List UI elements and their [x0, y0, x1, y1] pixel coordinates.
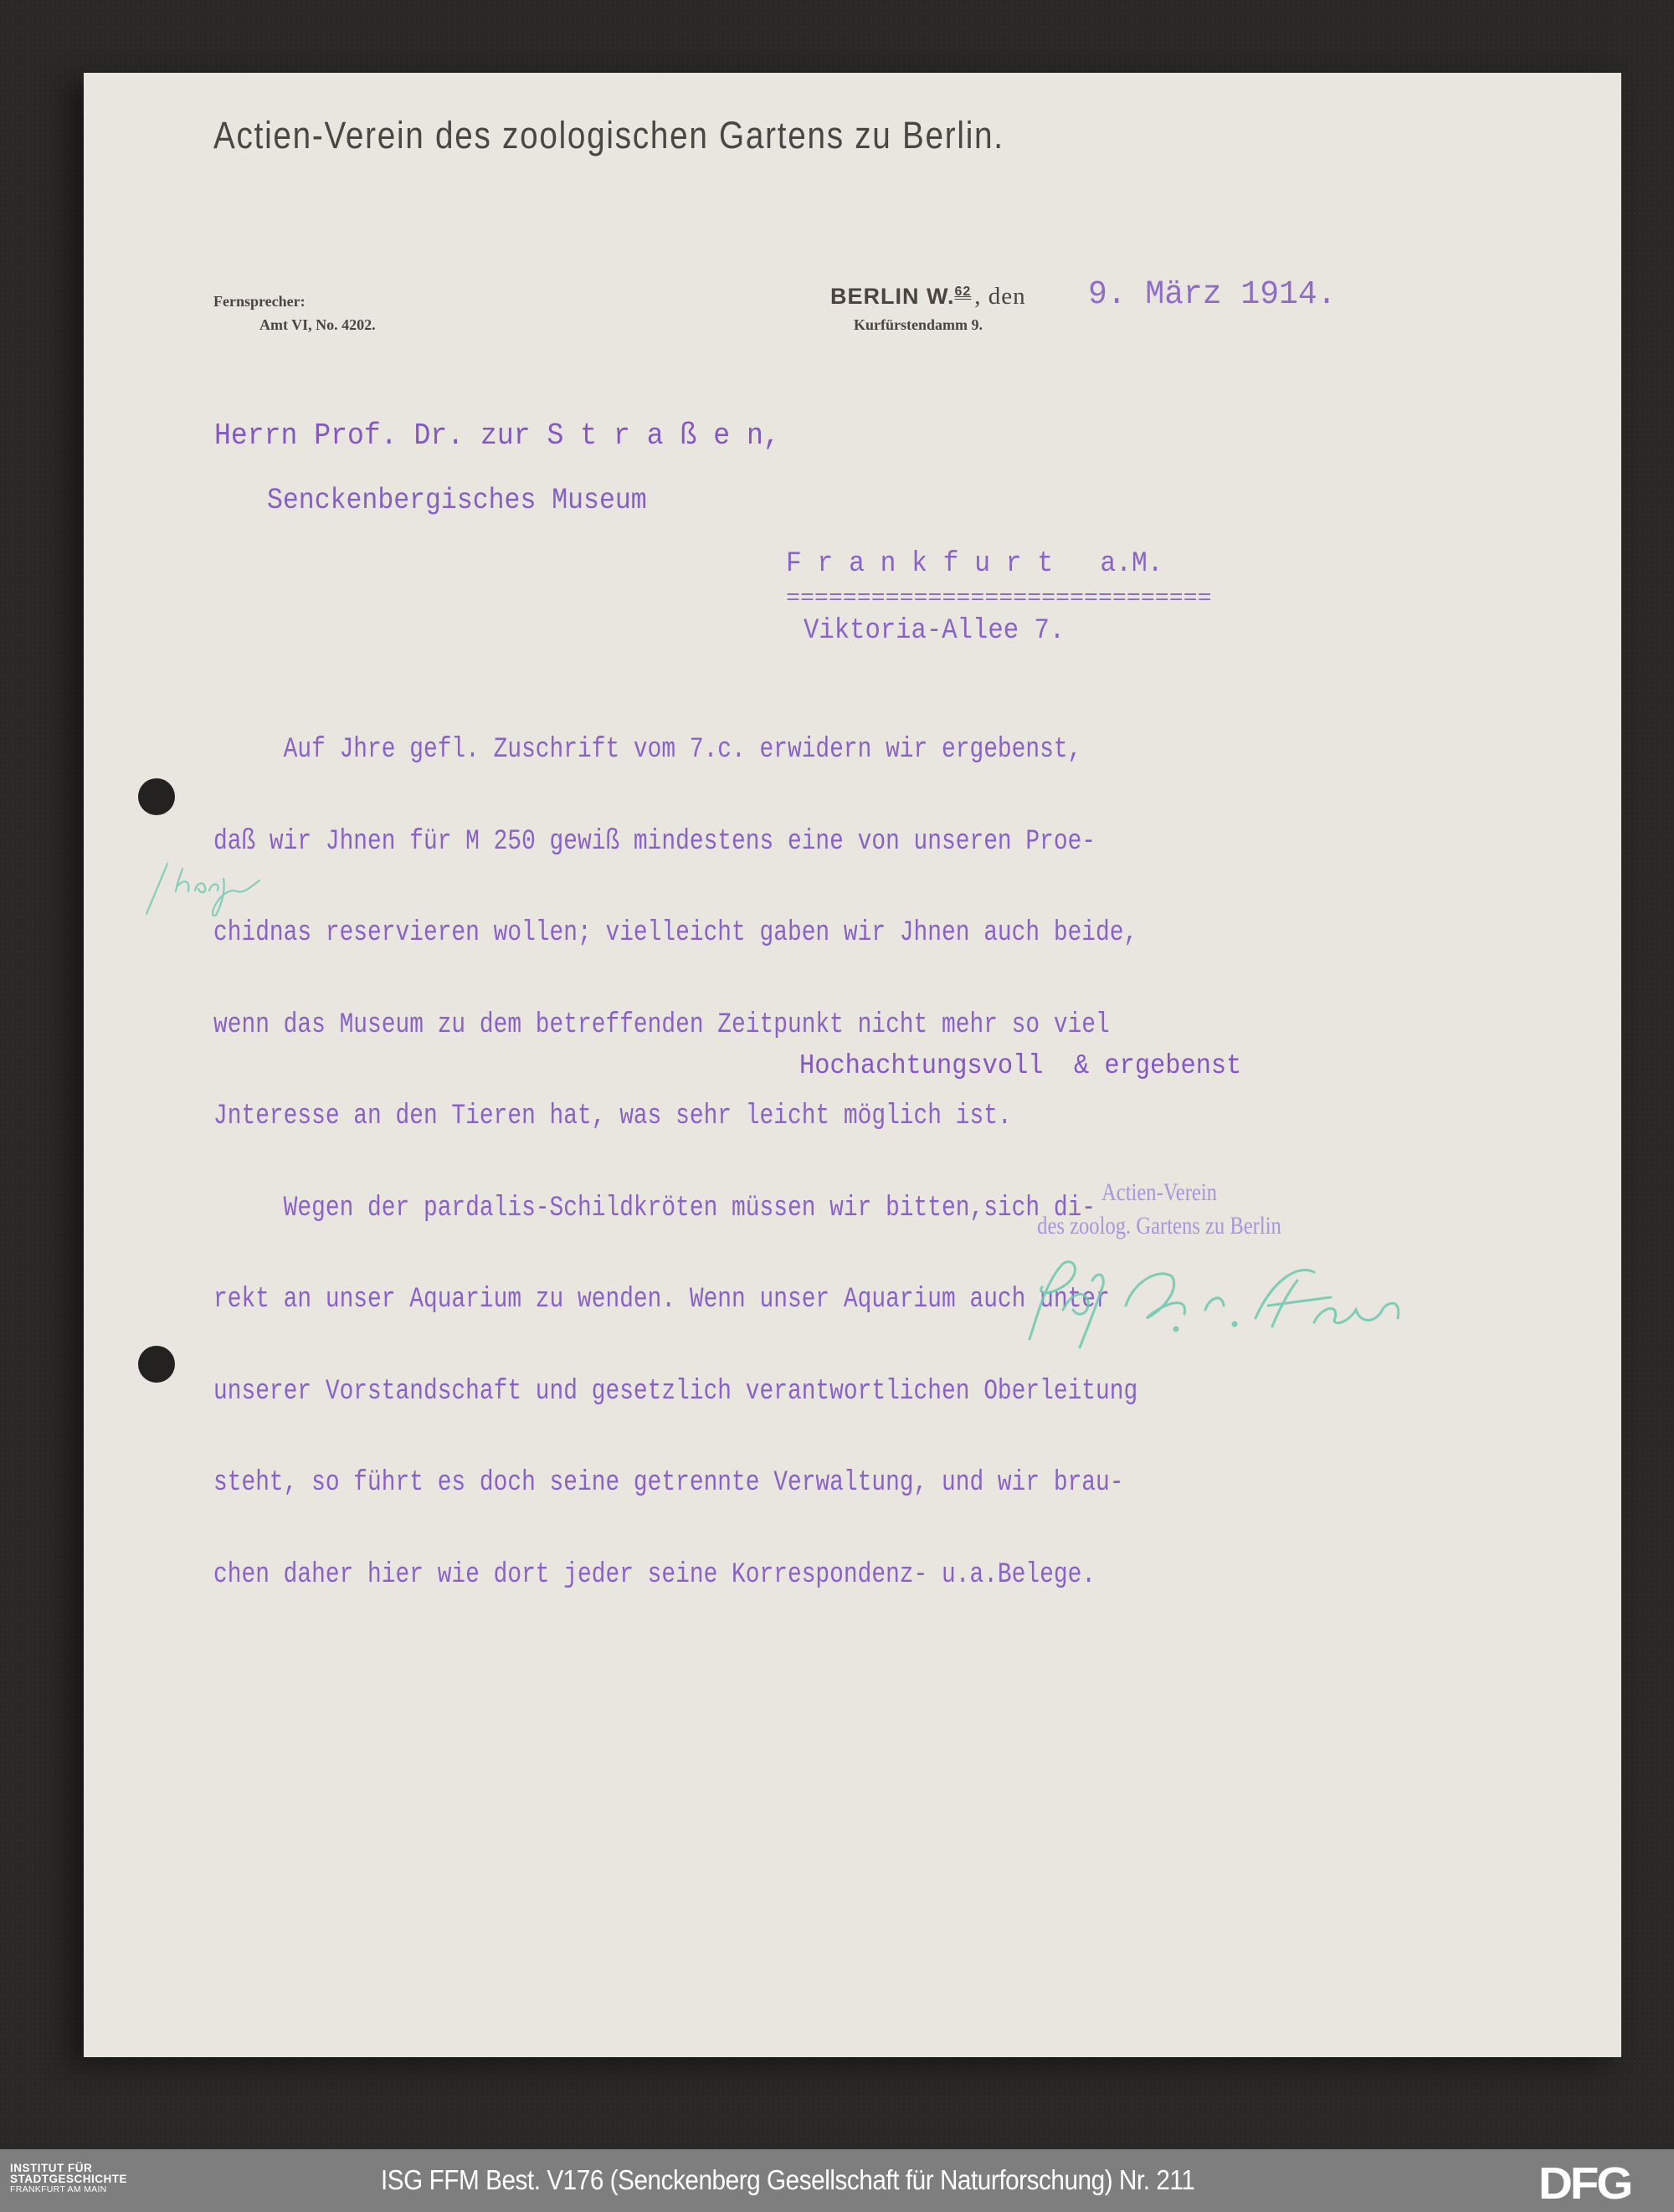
letter-body: Auf Jhre gefl. Zuschrift vom 7.c. erwide… [213, 674, 1137, 1621]
institution-line: STADTGESCHICHTE [10, 2174, 127, 2184]
body-line: Wegen der pardalis-Schildkröten müssen w… [213, 1193, 1137, 1224]
street-address: Kurfürstendamm 9. [854, 316, 983, 334]
punch-hole-bottom [138, 1346, 175, 1383]
stamp-line: des zoolog. Gartens zu Berlin [1022, 1209, 1297, 1243]
phone-label: Fernsprecher: [213, 293, 306, 311]
letterhead-organization: Actien-Verein des zoologischen Gartens z… [213, 114, 1221, 157]
recipient-underline: ============================== [786, 586, 1212, 610]
stamp-line: Actien-Verein [1022, 1176, 1297, 1209]
body-line: steht, so führt es doch seine getrennte … [213, 1468, 1137, 1499]
recipient-city: F r a n k f u r t a.M. [786, 548, 1163, 580]
handwritten-signature [979, 1247, 1481, 1356]
phone-value: Amt VI, No. 4202. [259, 316, 376, 334]
closing-salutation: Hochachtungsvoll & ergebenst [799, 1050, 1241, 1081]
recipient-street: Viktoria-Allee 7. [804, 615, 1065, 647]
punch-hole-top [138, 778, 175, 815]
body-line: daß wir Jhnen für M 250 gewiß mindestens… [213, 827, 1137, 858]
archive-footer: INSTITUT FÜR STADTGESCHICHTE FRANKFURT A… [0, 2149, 1674, 2212]
dfg-logo: DFG [1538, 2161, 1630, 2206]
postal-district: 62 [955, 285, 972, 299]
recipient-name: Herrn Prof. Dr. zur S t r a ß e n, [214, 418, 780, 453]
body-line: Auf Jhre gefl. Zuschrift vom 7.c. erwide… [213, 735, 1137, 766]
place-name: BERLIN W. [830, 284, 955, 309]
place-suffix: , den [974, 283, 1025, 310]
body-line: wenn das Museum zu dem betreffenden Zeit… [213, 1010, 1137, 1041]
organization-stamp: Actien-Verein des zoolog. Gartens zu Ber… [1022, 1176, 1297, 1243]
body-line: chen daher hier wie dort jeder seine Kor… [213, 1560, 1137, 1591]
letter-date: 9. März 1914. [1088, 276, 1336, 314]
recipient-institution: Senckenbergisches Museum [267, 484, 647, 517]
letterhead-place: BERLIN W.62, den [830, 283, 1026, 311]
institution-logo: INSTITUT FÜR STADTGESCHICHTE FRANKFURT A… [10, 2163, 127, 2195]
body-line: unserer Vorstandschaft und gesetzlich ve… [213, 1377, 1137, 1408]
margin-annotation [130, 854, 264, 916]
archive-caption: ISG FFM Best. V176 (Senckenberg Gesellsc… [381, 2164, 1194, 2196]
body-line: Jnteresse an den Tieren hat, was sehr le… [213, 1101, 1137, 1132]
body-line: chidnas reservieren wollen; vielleicht g… [213, 918, 1137, 949]
institution-line: FRANKFURT AM MAIN [10, 2184, 127, 2195]
